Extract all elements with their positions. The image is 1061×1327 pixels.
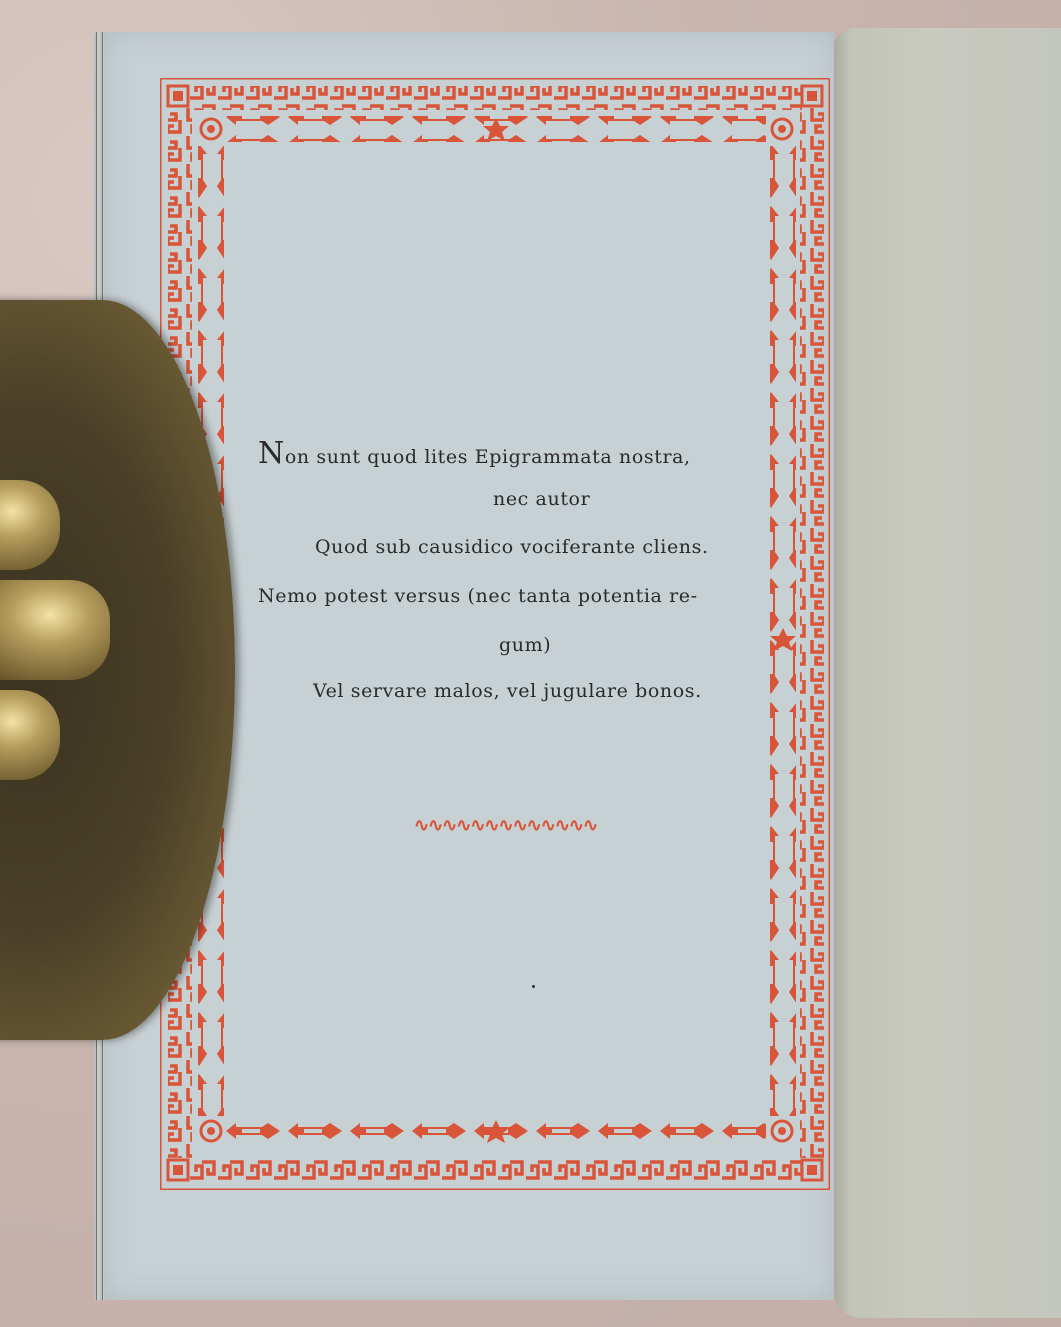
brass-finger-1 <box>0 480 60 570</box>
poem-line-1: Non sunt quod lites Epigrammata nostra, <box>258 436 691 471</box>
drop-cap: N <box>258 436 285 471</box>
brass-finger-3 <box>0 690 60 780</box>
printed-dot <box>532 985 535 988</box>
ornamental-border <box>160 78 830 1190</box>
poem-line-4: Nemo potest versus (nec tanta potentia r… <box>258 585 698 607</box>
greek-key-border-icon <box>160 78 830 1190</box>
poem-line-2: nec autor <box>493 488 590 510</box>
poem-line-5: gum) <box>499 634 551 656</box>
poem-line-3: Quod sub causidico vociferante cliens. <box>315 536 709 558</box>
tail-piece-ornament: ∿∿∿∿∿∿∿∿∿∿∿∿∿ <box>414 815 597 836</box>
facing-blank-page <box>832 28 1061 1318</box>
brass-finger-2 <box>0 580 110 680</box>
poem-line-6: Vel servare malos, vel jugulare bonos. <box>313 680 702 702</box>
